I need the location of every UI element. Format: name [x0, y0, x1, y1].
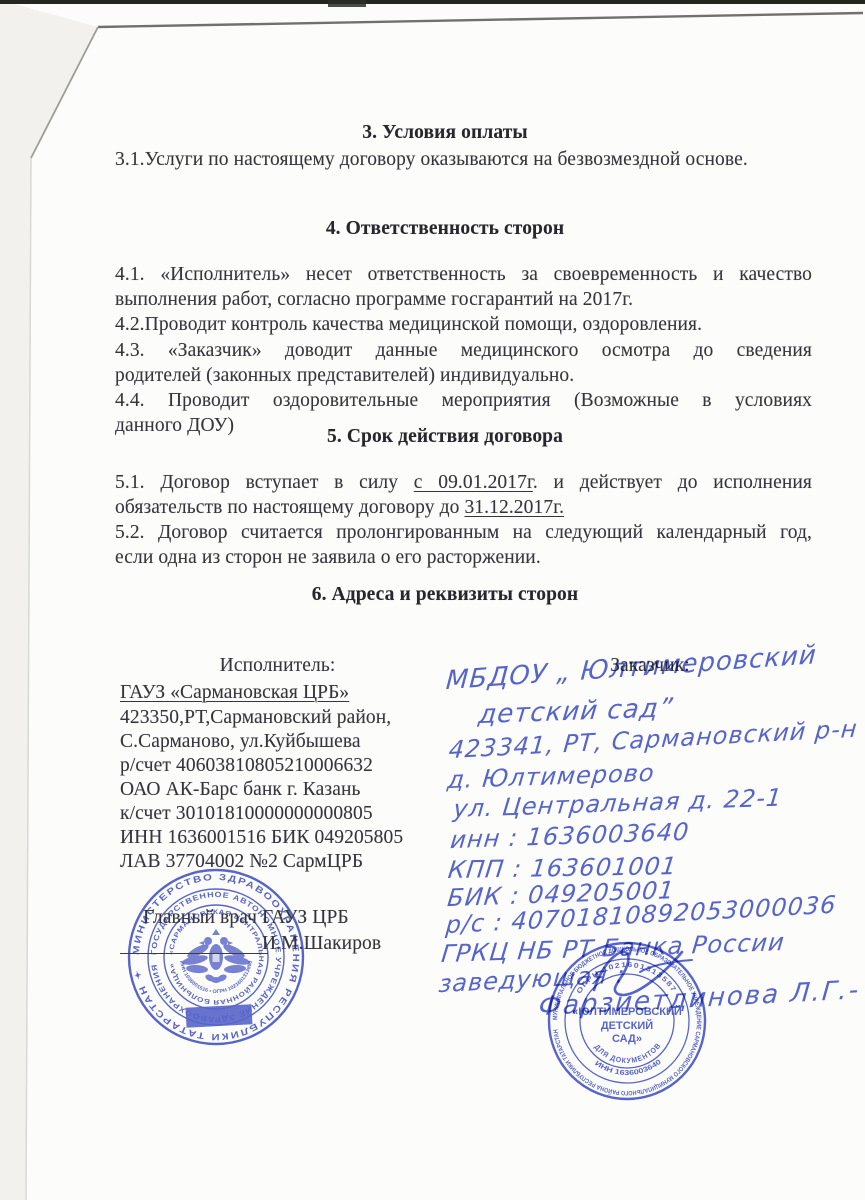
section-5-heading: 5. Срок действия договора — [85, 424, 805, 449]
customer-signature-flourish — [588, 938, 698, 1008]
page-top-edge-line — [98, 13, 863, 27]
clause-5-1-text-c: обязательств по настоящему договору до — [115, 497, 464, 518]
section-3-heading: 3. Условия оплаты — [85, 120, 805, 145]
contract-end-date: 31.12.2017г. — [464, 497, 564, 518]
stamp-center-name-line-3: САД» — [612, 1033, 642, 1045]
stamp-ink-banner — [186, 1004, 253, 1027]
executor-round-stamp: МИНИСТЕРСТВО ЗДРАВООХРАНЕНИЯ РЕСПУБЛИКИ … — [116, 857, 316, 1057]
scanner-top-notch — [328, 0, 366, 7]
executor-signer-role: Главный врач ГАУЗ ЦРБ — [143, 905, 349, 930]
executor-bank: ОАО АК-Барс банк г. Казань — [120, 777, 450, 801]
section-4-heading: 4. Ответственность сторон — [85, 216, 805, 241]
executor-inn-bik: ИНН 1636001516 БИК 049205805 — [120, 825, 450, 849]
scanner-background-corner — [0, 0, 98, 1200]
clause-5-2-line-2: если одна из сторон не заявила о его рас… — [115, 545, 812, 570]
clause-4-3-line-2: родителей (законных представителей) инди… — [115, 363, 812, 388]
stamp-center-name-line-2: ДЕТСКИЙ — [601, 1019, 653, 1032]
executor-corr-account: к/счет 30101810000000000805 — [120, 801, 450, 825]
clause-3-1: 3.1.Услуги по настоящему договору оказыв… — [115, 147, 812, 172]
clause-4-4-line-1: 4.4. Проводит оздоровительные мероприяти… — [115, 388, 812, 413]
executor-settlement-account: р/счет 40603810805210006632 — [120, 753, 450, 777]
executor-details: 423350,РТ,Сармановский район, С.Сарманов… — [120, 705, 450, 873]
clause-4-3-line-1: 4.3. «Заказчик» доводит данные медицинск… — [115, 338, 812, 363]
scanner-top-strip — [0, 0, 865, 4]
executor-address-line-2: С.Сарманово, ул.Куйбышева — [120, 729, 450, 753]
clause-5-1-line-1: 5.1. Договор вступает в силу с 09.01.201… — [115, 470, 812, 495]
clause-4-1-line-1: 4.1. «Исполнитель» несет ответственность… — [115, 262, 812, 287]
executor-title: Исполнитель: — [120, 653, 435, 678]
clause-5-2-line-1: 5.2. Договор считается пролонгированным … — [115, 520, 812, 545]
clause-4-2: 4.2.Проводит контроль качества медицинск… — [115, 312, 812, 337]
double-headed-eagle-emblem — [181, 929, 250, 983]
scanned-contract-page: 3. Условия оплаты 3.1.Услуги по настояще… — [0, 0, 865, 1200]
contract-start-date: с 09.01.2017г — [414, 472, 533, 493]
executor-address-line-1: 423350,РТ,Сармановский район, — [120, 705, 450, 729]
executor-name: ГАУЗ «Сармановская ЦРБ» — [120, 680, 349, 705]
clause-5-1-line-2: обязательств по настоящему договору до 3… — [115, 495, 812, 520]
clause-5-1-text-b: . и действует до исполнения — [533, 472, 812, 493]
section-6-heading: 6. Адреса и реквизиты сторон — [85, 582, 805, 607]
clause-5-1-text-a: 5.1. Договор вступает в силу — [115, 472, 414, 493]
clause-4-1-line-2: выполнения работ, согласно программе гос… — [115, 287, 812, 312]
executor-signer-name: И.М.Шакиров — [262, 931, 381, 956]
executor-signature-line — [120, 953, 268, 954]
